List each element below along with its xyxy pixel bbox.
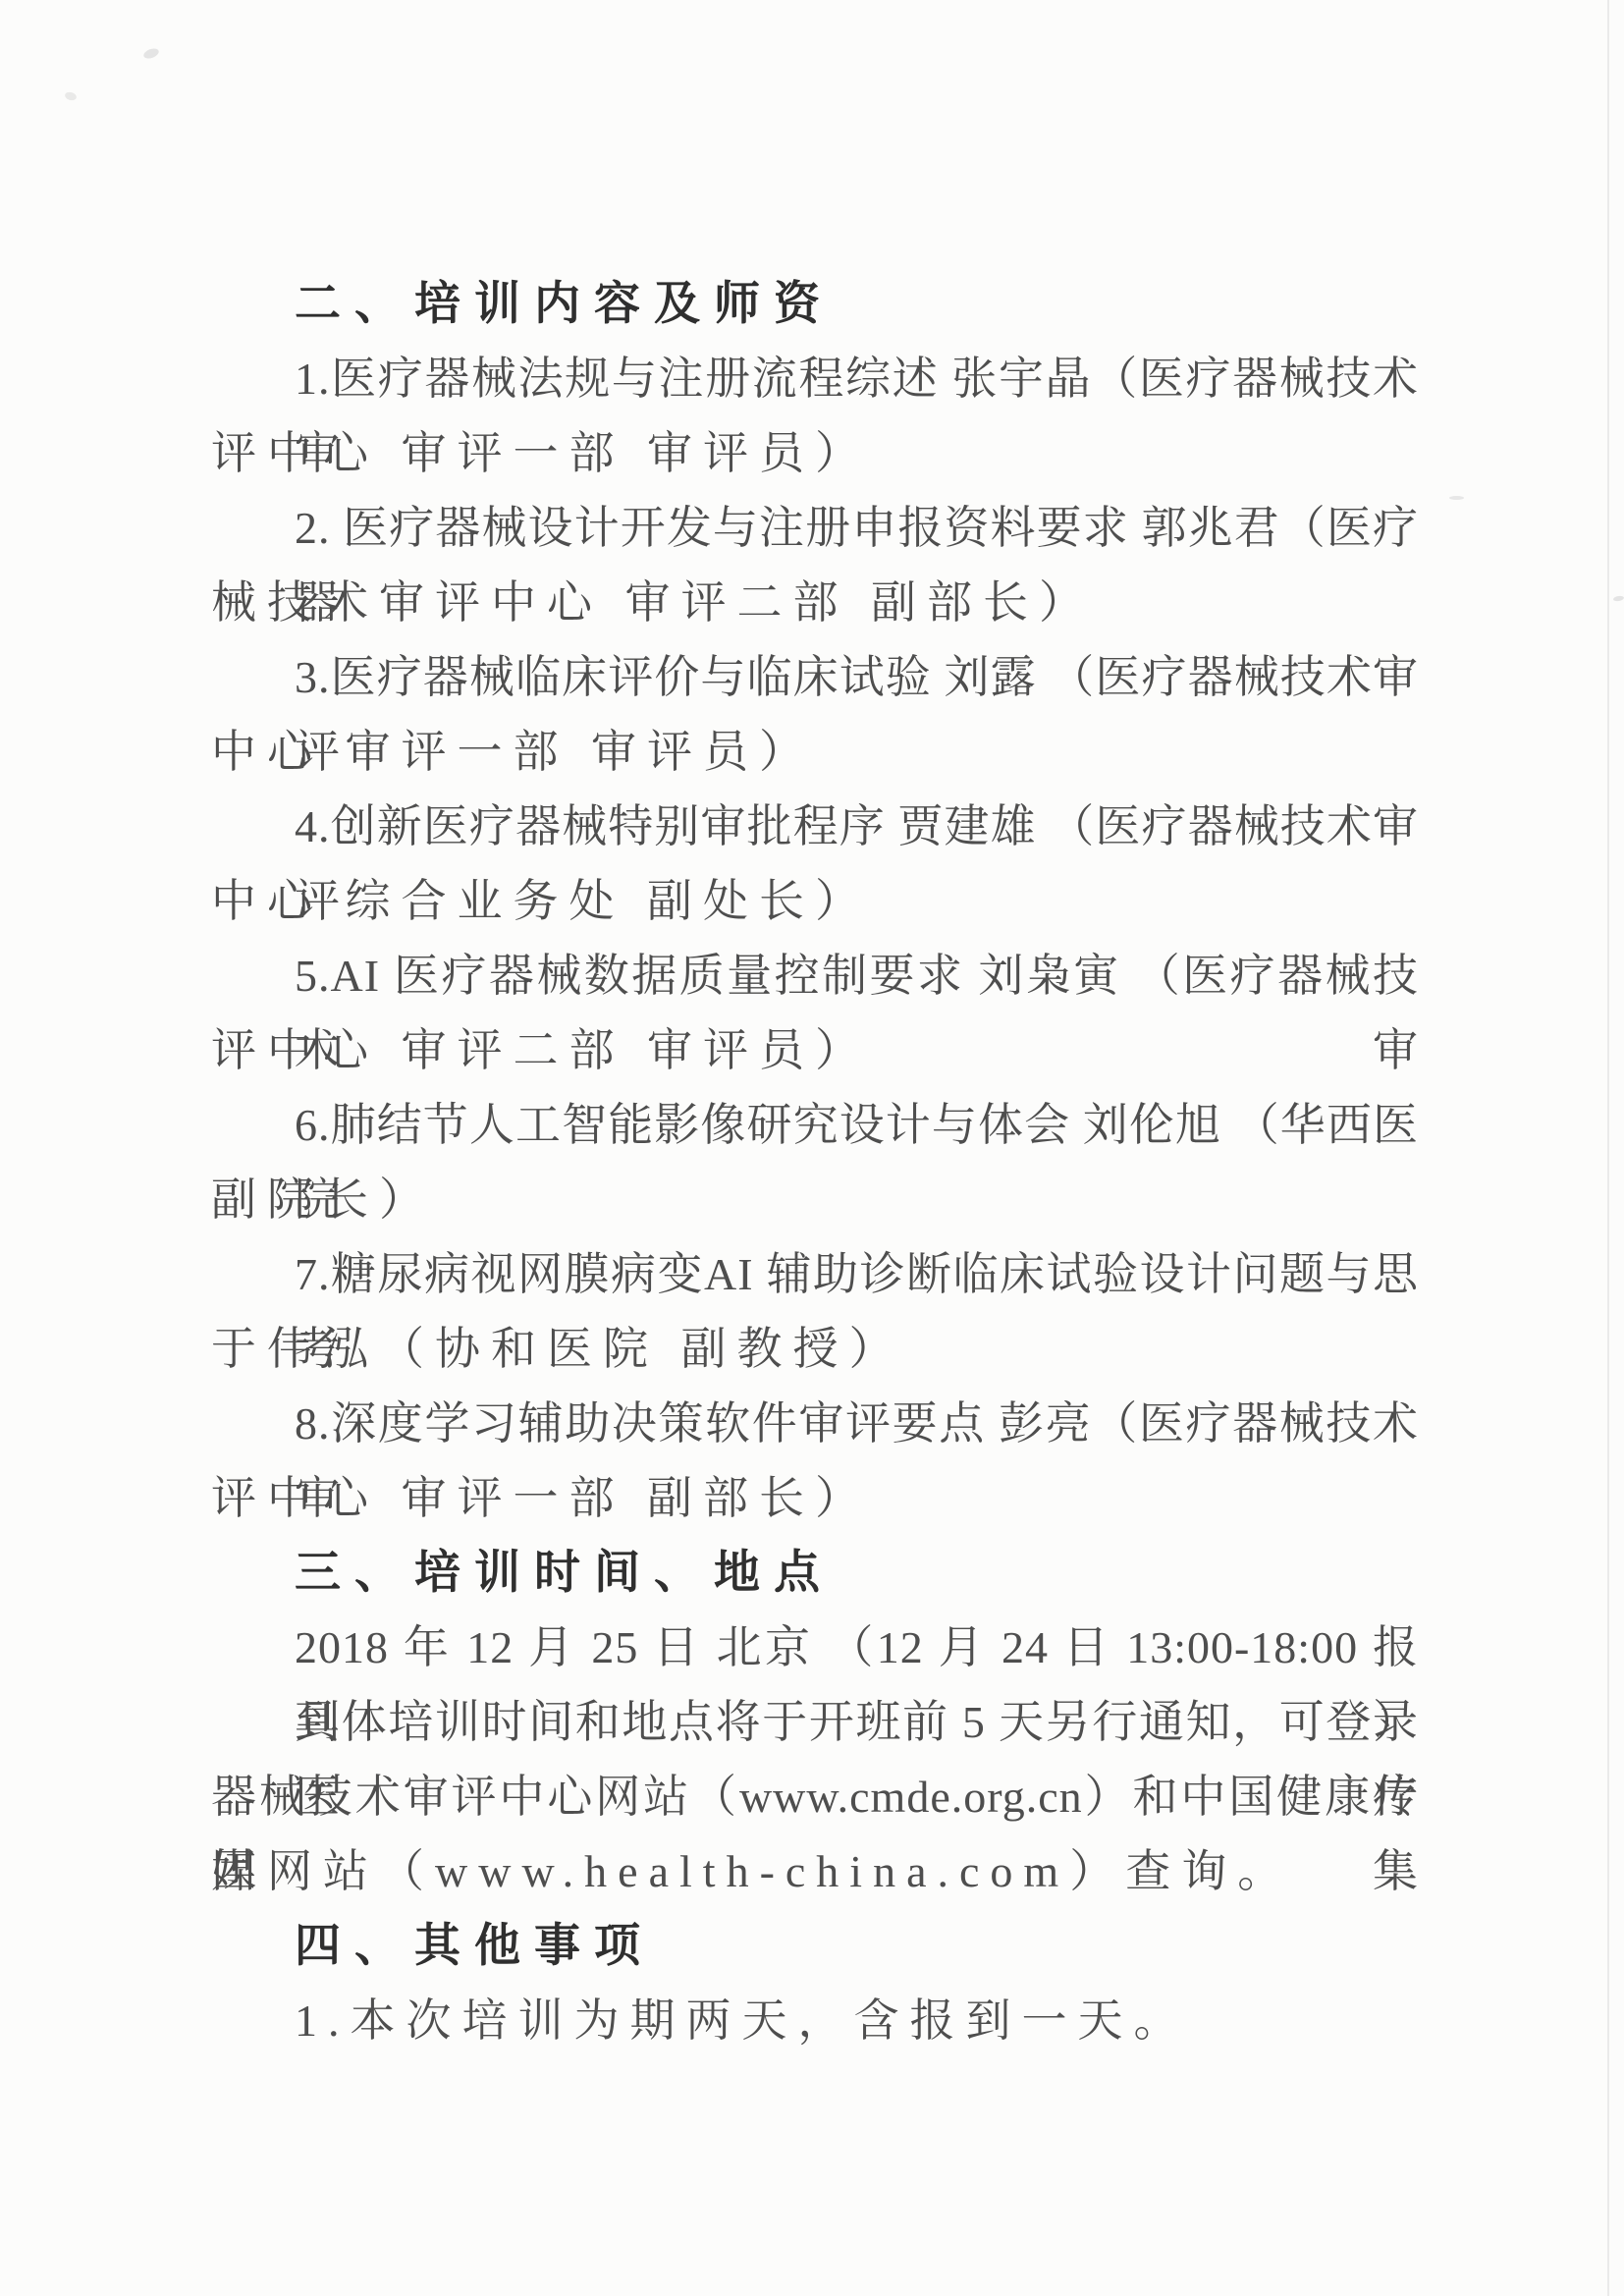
item-6-continuation-line: 副院长）	[211, 1163, 1419, 1237]
section-heading-other-matters: 四、其他事项	[211, 1909, 1419, 1984]
notice-paragraph-line-1: 具体培训时间和地点将于开班前 5 天另行通知，可登录医疗	[211, 1685, 1419, 1760]
document-content: 二、培训内容及师资 1.医疗器械法规与注册流程综述 张宇晶（医疗器械技术审 评中…	[211, 267, 1419, 2058]
item-5-title-line: 5.AI 医疗器械数据质量控制要求 刘枭寅 （医疗器械技术审	[211, 939, 1419, 1013]
scan-speck	[142, 47, 160, 61]
item-8-title-line: 8.深度学习辅助决策软件审评要点 彭亮（医疗器械技术审	[211, 1387, 1419, 1461]
scan-speck	[64, 91, 78, 102]
item-8-continuation-line: 评中心 审评一部 副部长）	[211, 1461, 1419, 1536]
scan-edge-line	[1607, 0, 1609, 2296]
section-heading-training-content: 二、培训内容及师资	[211, 267, 1419, 342]
item-7-title-line: 7.糖尿病视网膜病变AI 辅助诊断临床试验设计问题与思考	[211, 1237, 1419, 1312]
item-2-continuation-line: 械技术审评中心 审评二部 副部长）	[211, 566, 1419, 640]
scan-speck	[1449, 496, 1464, 500]
item-7-continuation-line: 于伟泓（协和医院 副教授）	[211, 1312, 1419, 1387]
item-6-title-line: 6.肺结节人工智能影像研究设计与体会 刘伦旭 （华西医院	[211, 1088, 1419, 1163]
notice-paragraph-line-3-health-china-url: 团网站（www.health-china.com）查询。	[211, 1834, 1419, 1909]
item-1-title-line: 1.医疗器械法规与注册流程综述 张宇晶（医疗器械技术审	[211, 342, 1419, 416]
notice-paragraph-line-2-cmde-url: 器械技术审评中心网站（www.cmde.org.cn）和中国健康传媒集	[211, 1760, 1419, 1834]
item-1-continuation-line: 评中心 审评一部 审评员）	[211, 416, 1419, 491]
item-4-continuation-line: 中心 综合业务处 副处长）	[211, 864, 1419, 939]
scan-speck	[1613, 595, 1624, 602]
item-4-title-line: 4.创新医疗器械特别审批程序 贾建雄 （医疗器械技术审评	[211, 790, 1419, 864]
item-3-title-line: 3.医疗器械临床评价与临床试验 刘露 （医疗器械技术审评	[211, 640, 1419, 715]
other-matters-item-1-line: 1.本次培训为期两天，含报到一天。	[211, 1984, 1419, 2058]
scanned-document-page: 二、培训内容及师资 1.医疗器械法规与注册流程综述 张宇晶（医疗器械技术审 评中…	[0, 0, 1624, 2296]
item-2-title-line: 2. 医疗器械设计开发与注册申报资料要求 郭兆君（医疗器	[211, 491, 1419, 566]
section-heading-time-place: 三、培训时间、地点	[211, 1536, 1419, 1611]
item-3-continuation-line: 中心 审评一部 审评员）	[211, 715, 1419, 790]
training-date-line: 2018 年 12 月 25 日 北京 （12 月 24 日 13:00-18:…	[211, 1611, 1419, 1685]
